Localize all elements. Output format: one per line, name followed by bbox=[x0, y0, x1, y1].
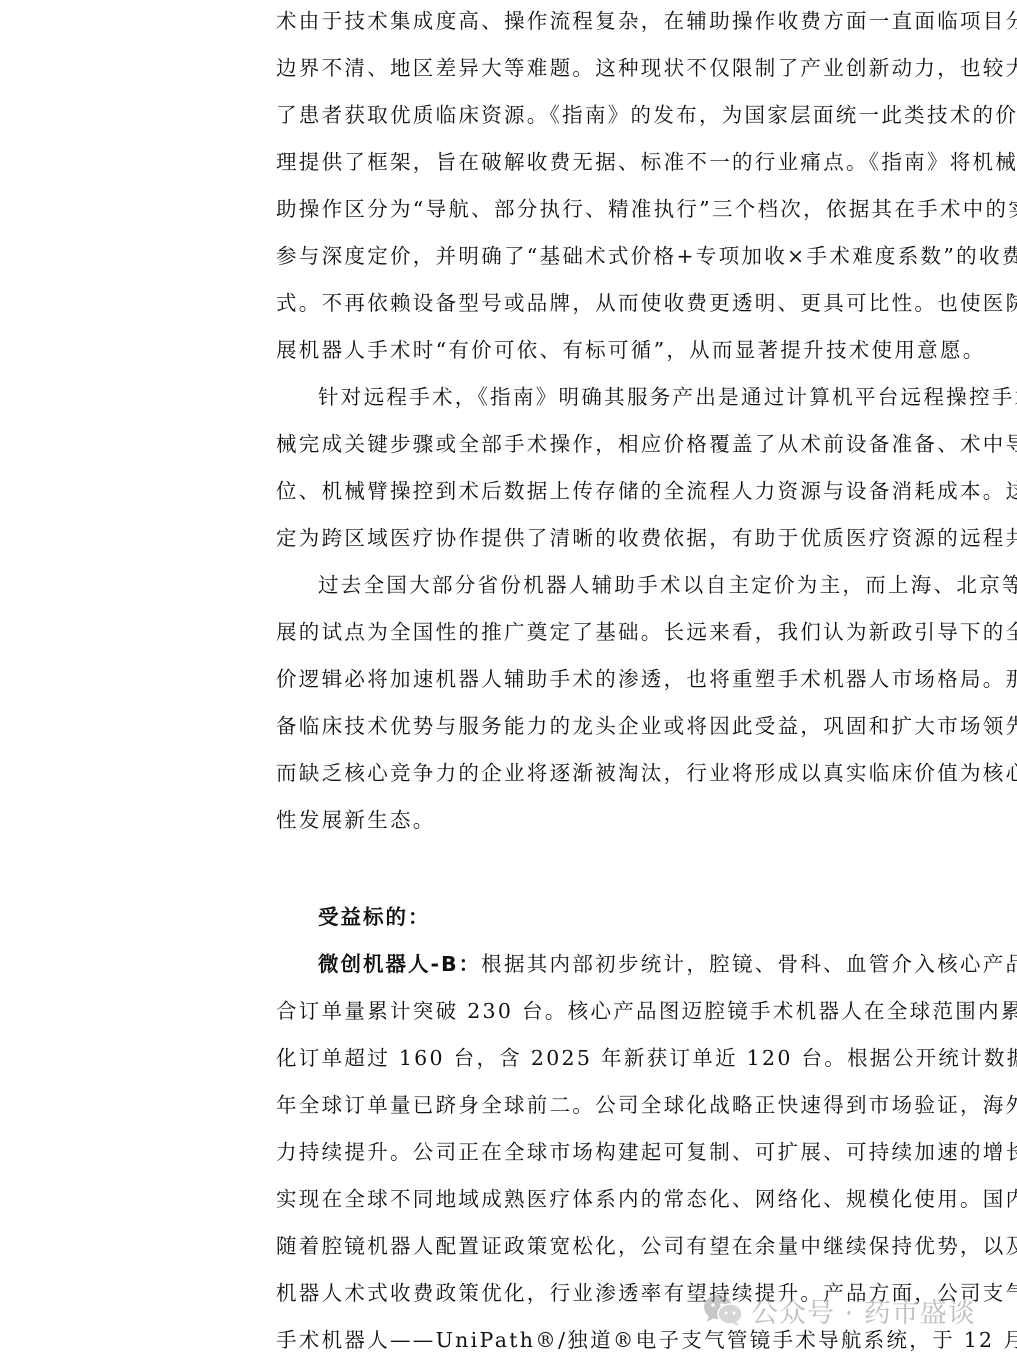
text-line: 术由于技术集成度高、操作流程复杂，在辅助操作收费方面一直面临项目分散、 bbox=[276, 6, 1017, 36]
text-line: 而缺乏核心竞争力的企业将逐渐被淘汰，行业将形成以真实临床价值为核心的良 bbox=[276, 758, 1017, 788]
document-page: 术由于技术集成度高、操作流程复杂，在辅助操作收费方面一直面临项目分散、 边界不清… bbox=[0, 0, 1017, 1356]
text-line: 械完成关键步骤或全部手术操作，相应价格覆盖了从术前设备准备、术中导航定 bbox=[276, 429, 1017, 459]
text-line: 位、机械臂操控到术后数据上传存储的全流程人力资源与设备消耗成本。这一规 bbox=[276, 476, 1017, 506]
text-line: 随着腔镜机器人配置证政策宽松化，公司有望在余量中继续保持优势，以及手术 bbox=[276, 1231, 1017, 1261]
text-line: 展的试点为全国性的推广奠定了基础。长远来看，我们认为新政引导下的全新定 bbox=[276, 617, 1017, 647]
text-line: 助操作区分为“导航、部分执行、精准执行”三个档次，依据其在手术中的实际 bbox=[276, 194, 1017, 224]
text-line: 了患者获取优质临床资源。《指南》的发布，为国家层面统一此类技术的价格管 bbox=[276, 100, 1017, 130]
text-line: 价逻辑必将加速机器人辅助手术的渗透，也将重塑手术机器人市场格局。那些具 bbox=[276, 664, 1017, 694]
text-line: 边界不清、地区差异大等难题。这种现状不仅限制了产业创新动力，也较大制约 bbox=[276, 53, 1017, 83]
text-line: 年全球订单量已跻身全球前二。公司全球化战略正快速得到市场验证，海外竞争 bbox=[276, 1090, 1017, 1120]
text-line: 式。不再依赖设备型号或品牌，从而使收费更透明、更具可比性。也使医院在开 bbox=[276, 288, 1017, 318]
text-line: 合订单量累计突破 230 台。核心产品图迈腔镜手术机器人在全球范围内累计商业 bbox=[276, 996, 1017, 1026]
company-label: 微创机器人-B： bbox=[318, 952, 481, 976]
text-line: 过去全国大部分省份机器人辅助手术以自主定价为主，而上海、北京等地开 bbox=[318, 570, 1017, 600]
text-line: 力持续提升。公司正在全球市场构建起可复制、可扩展、可持续加速的增长曲线， bbox=[276, 1137, 1017, 1167]
text-line: 展机器人手术时“有价可依、有标可循”，从而显著提升技术使用意愿。 bbox=[276, 335, 986, 365]
section-heading: 受益标的： bbox=[318, 902, 431, 932]
text-line: 微创机器人-B：根据其内部初步统计，腔镜、骨科、血管介入核心产品的综 bbox=[318, 949, 1017, 979]
watermark-text: 公众号 · 药市盛谈 bbox=[751, 1291, 976, 1330]
text-line: 备临床技术优势与服务能力的龙头企业或将因此受益，巩固和扩大市场领先地位， bbox=[276, 711, 1017, 741]
text-line: 针对远程手术，《指南》明确其服务产出是通过计算机平台远程操控手术器 bbox=[318, 382, 1017, 412]
text-line: 性发展新生态。 bbox=[276, 805, 436, 835]
wechat-icon bbox=[703, 1293, 743, 1327]
text-line: 化订单超过 160 台，含 2025 年新获订单近 120 台。根据公开统计数据… bbox=[276, 1043, 1017, 1073]
company-first-line-text: 根据其内部初步统计，腔镜、骨科、血管介入核心产品的综 bbox=[481, 952, 1017, 976]
watermark: 公众号 · 药市盛谈 bbox=[703, 1290, 976, 1330]
text-line: 实现在全球不同地域成熟医疗体系内的常态化、网络化、规模化使用。国内方面， bbox=[276, 1184, 1017, 1214]
text-line: 定为跨区域医疗协作提供了清晰的收费依据，有助于优质医疗资源的远程共享。 bbox=[276, 523, 1017, 553]
text-line: 参与深度定价，并明确了“基础术式价格+专项加收×手术难度系数”的收费模 bbox=[276, 241, 1017, 271]
text-line: 理提供了框架，旨在破解收费无据、标准不一的行业痛点。《指南》将机械臂辅 bbox=[276, 147, 1017, 177]
